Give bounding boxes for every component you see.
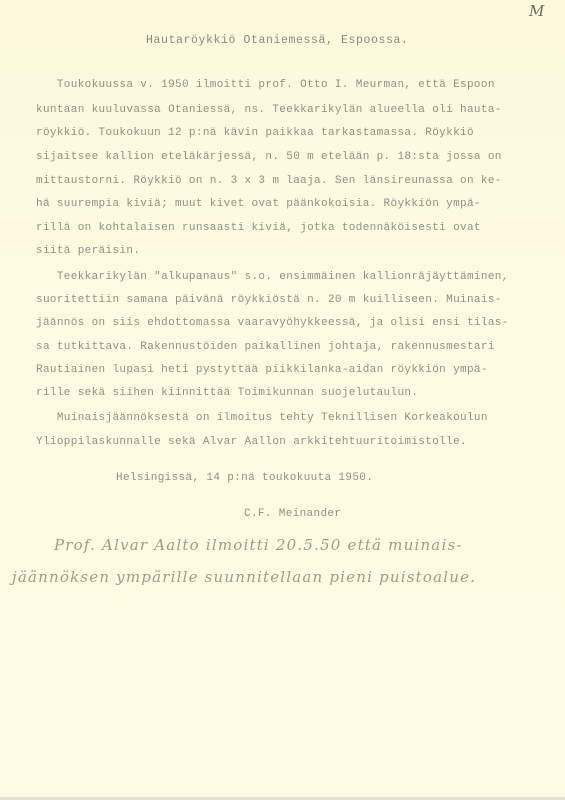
paragraph-1-line-8: siitä peräisin. [36,245,140,257]
handwritten-note-line-1: Prof. Alvar Aalto ilmoitti 20.5.50 että … [54,536,463,554]
signature: C.F. Meinander [244,508,341,520]
paragraph-2-line-1: Teekkarikylän "alkupanaus" s.o. ensimmäi… [36,271,509,283]
paragraph-2-line-2: suoritettiin samana päivänä röykkiöstä n… [36,294,502,306]
document-title: Hautaröykkiö Otaniemessä, Espoossa. [146,34,409,47]
paragraph-1-line-2: kuntaan kuuluvassa Otaniessä, ns. Teekka… [36,104,502,116]
handwritten-note-line-2: jäännöksen ympärille suunnitellaan pieni… [12,568,476,586]
paragraph-2-line-5: Rautiainen lupasi heti pystyttää piikkil… [36,364,488,376]
paragraph-1-line-3: röykkiö. Toukokuun 12 p:nä kävin paikkaa… [36,127,474,139]
paragraph-2-line-4: sa tutkittava. Rakennustöiden paikalline… [36,341,495,353]
place-and-date: Helsingissä, 14 p:nä toukokuuta 1950. [116,472,373,484]
paragraph-1-line-1: Toukokuussa v. 1950 ilmoitti prof. Otto … [36,79,495,91]
paragraph-2-line-6: rille sekä siihen kiinnittää Toimikunnan… [36,387,418,399]
paragraph-1-line-4: sijaitsee kallion eteläkärjessä, n. 50 m… [36,151,502,163]
paragraph-1-line-7: rillä on kohtalaisen runsaasti kiviä, jo… [36,222,481,234]
paragraph-3-line-2: Ylioppilaskunnalle sekä Alvar Aallon ark… [36,436,467,448]
paragraph-1-line-5: mittaustorni. Röykkiö on n. 3 x 3 m laaj… [36,175,502,187]
page-corner-mark: M [529,2,544,20]
document-page: M Hautaröykkiö Otaniemessä, Espoossa. To… [0,0,565,800]
paragraph-1-line-6: hä suurempia kiviä; muut kivet ovat pään… [36,198,481,210]
paragraph-3-line-1: Muinaisjäännöksestä on ilmoitus tehty Te… [36,412,488,424]
paragraph-2-line-3: jäännös on siis ehdottomassa vaaravyöhyk… [36,317,509,329]
